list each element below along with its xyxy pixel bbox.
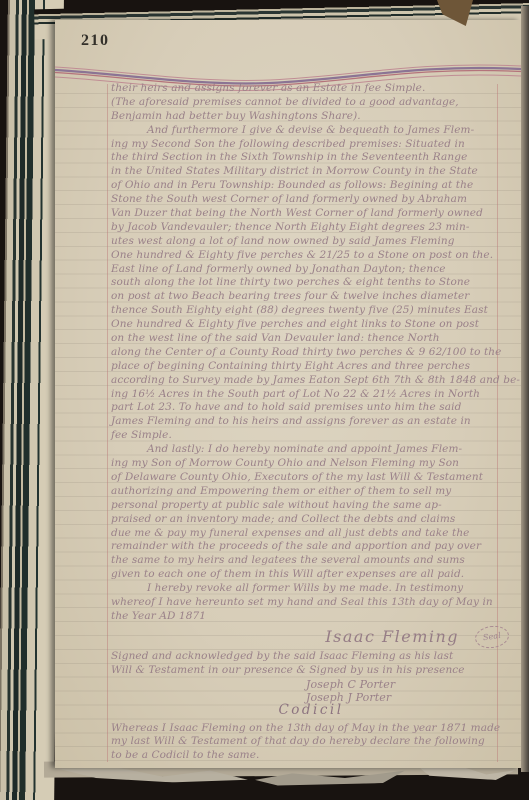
codicil-heading: Codicil: [111, 704, 511, 722]
manuscript-line: place of begining Containing thirty Eigh…: [111, 360, 511, 374]
codicil-line: my last Will & Testament of that day do …: [111, 735, 511, 749]
manuscript-line: praised or an inventory made; and Collec…: [111, 513, 511, 527]
witness-signature: Joseph C Porter: [306, 678, 511, 691]
attestation-line: Signed and acknowledged by the said Isaa…: [111, 650, 511, 664]
manuscript-line: ing 16½ Acres in the South part of Lot N…: [111, 388, 511, 402]
manuscript-line: south along the lot line thirty two perc…: [111, 276, 511, 290]
manuscript-line: ing my Second Son the following describe…: [111, 138, 511, 152]
manuscript-line: (The aforesaid premises cannot be divide…: [111, 96, 511, 110]
manuscript-line: due me & pay my funeral expenses and all…: [111, 527, 511, 541]
manuscript-line: of Ohio and in Peru Township: Bounded as…: [111, 179, 511, 193]
manuscript-line: I hereby revoke all former Wills by me m…: [111, 582, 511, 596]
manuscript-line: authorizing and Empowering them or eithe…: [111, 485, 511, 499]
manuscript-line: remainder with the proceeds of the sale …: [111, 540, 511, 554]
manuscript-line: the third Section in the Sixth Township …: [111, 151, 511, 165]
page-right-edge: [521, 6, 529, 772]
testator-signature: Isaac Fleming: [325, 630, 459, 644]
codicil-line: Whereas I Isaac Fleming on the 13th day …: [111, 722, 511, 736]
manuscript-line: fee Simple.: [111, 429, 511, 443]
seal-stamp: Seal: [474, 624, 511, 650]
manuscript-line: on the west line of the said Van Devaule…: [111, 332, 511, 346]
manuscript-line: And furthermore I give & devise & bequea…: [111, 124, 511, 138]
manuscript-line: the same to my heirs and legatees the se…: [111, 554, 511, 568]
manuscript-line: East line of Land formerly owned by Jona…: [111, 263, 511, 277]
page-number: 210: [81, 32, 110, 50]
manuscript-line: utes west along a lot of land now owned …: [111, 235, 511, 249]
manuscript-line: of Delaware County Ohio, Executors of th…: [111, 471, 511, 485]
codicil-line: to be a Codicil to the same.: [111, 749, 511, 763]
manuscript-line: by Jacob Vandevauler; thence North Eight…: [111, 221, 511, 235]
manuscript-line: in the United States Military district i…: [111, 165, 511, 179]
manuscript-line: Benjamin had better buy Washingtons Shar…: [111, 110, 511, 124]
manuscript-line: One hundred & Eighty five perches & 21/2…: [111, 249, 511, 263]
manuscript-line: ing my Son of Morrow County Ohio and Nel…: [111, 457, 511, 471]
manuscript-line: Van Duzer that being the North West Corn…: [111, 207, 511, 221]
manuscript-line: along the Center of a County Road thirty…: [111, 346, 511, 360]
manuscript-line: on post at two Beach bearing trees four …: [111, 290, 511, 304]
left-margin-line: [107, 84, 108, 762]
manuscript-line: given to each one of them in this Will a…: [111, 568, 511, 582]
ledger-page: 210 their heirs and assigns forever as a…: [55, 20, 521, 768]
manuscript-line: the Year AD 1871: [111, 610, 511, 624]
manuscript-line: James Fleming and to his heirs and assig…: [111, 415, 511, 429]
witness-signatures: Joseph C Porter Joseph J Porter: [306, 678, 511, 704]
manuscript-line: whereof I have hereunto set my hand and …: [111, 596, 511, 610]
manuscript-line: Stone the South west Corner of land form…: [111, 193, 511, 207]
manuscript-line: And lastly: I do hereby nominate and app…: [111, 443, 511, 457]
manuscript-line: personal property at public sale without…: [111, 499, 511, 513]
manuscript-line: One hundred & Eighty five perches and ei…: [111, 318, 511, 332]
manuscript-line: part Lot 23. To have and to hold said pr…: [111, 401, 511, 415]
manuscript-line: according to Survey made by James Eaton …: [111, 374, 511, 388]
manuscript-text: their heirs and assigns forever as an Es…: [111, 82, 511, 763]
signature-row: Isaac Fleming Seal: [111, 624, 511, 650]
attestation-clause: Signed and acknowledged by the said Isaa…: [111, 650, 511, 678]
attestation-line: Will & Testament in our presence & Signe…: [111, 664, 511, 678]
manuscript-line: their heirs and assigns forever as an Es…: [111, 82, 511, 96]
manuscript-line: thence South Eighty eight (88) degrees t…: [111, 304, 511, 318]
